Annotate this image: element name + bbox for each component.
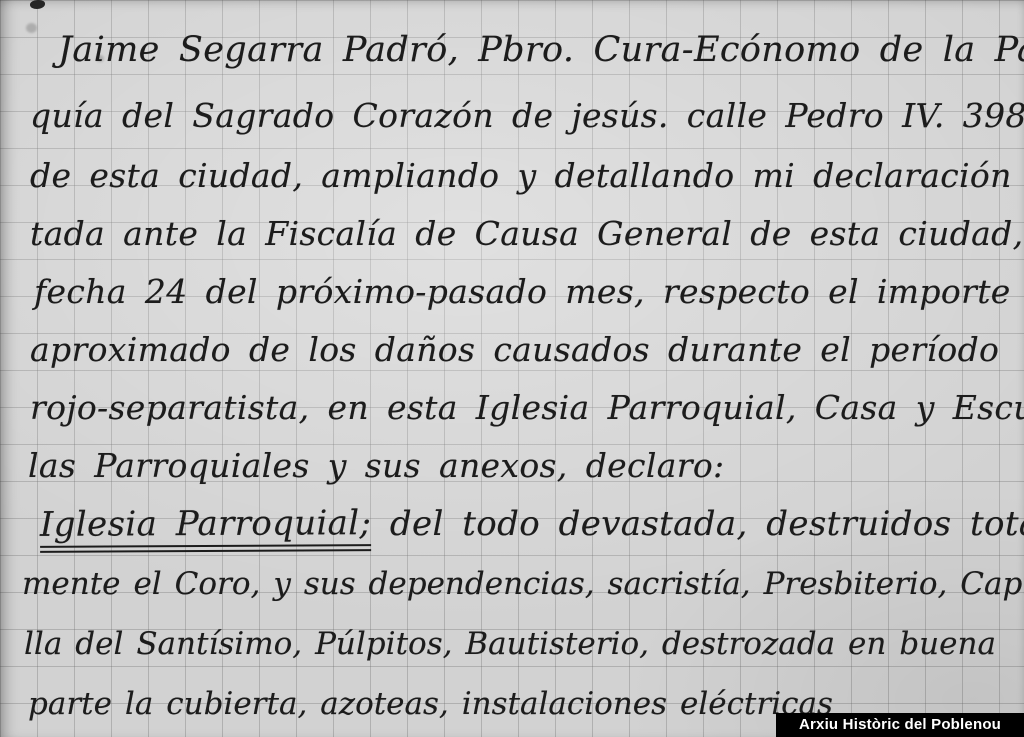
- section-heading-iglesia-parroquial: Iglesia Parroquial;: [40, 503, 372, 553]
- handwritten-line-12: parte la cubierta, azoteas, instalacione…: [28, 686, 833, 722]
- handwritten-line-9: Iglesia Parroquial; del todo devastada, …: [40, 504, 1024, 552]
- handwritten-line-3: de esta ciudad, ampliando y detallando m…: [30, 156, 1024, 195]
- scanned-document-page: Jaime Segarra Padró, Pbro. Cura-Ecónomo …: [0, 0, 1024, 737]
- handwritten-line-2: quía del Sagrado Corazón de jesús. calle…: [30, 96, 1024, 135]
- handwritten-line-7: rojo-separatista, en esta Iglesia Parroq…: [30, 388, 1024, 427]
- handwritten-line-1: Jaime Segarra Padró, Pbro. Cura-Ecónomo …: [58, 30, 1024, 70]
- archive-watermark-bar: Arxiu Històric del Poblenou: [776, 713, 1024, 737]
- handwritten-line-5: fecha 24 del próximo-pasado mes, respect…: [34, 272, 1024, 311]
- archive-watermark-label: Arxiu Històric del Poblenou: [799, 716, 1001, 733]
- ink-blot: [30, 0, 45, 9]
- ink-smudge: [26, 23, 37, 33]
- handwritten-line-10: mente el Coro, y sus dependencias, sacri…: [22, 566, 1024, 602]
- handwritten-line-4: tada ante la Fiscalía de Causa General d…: [30, 214, 1024, 253]
- handwritten-line-6: aproximado de los daños causados durante…: [30, 330, 999, 369]
- heading-continuation-text: del todo devastada, destruidos total.: [371, 504, 1024, 544]
- handwritten-line-11: lla del Santísimo, Púlpitos, Bautisterio…: [24, 626, 996, 662]
- handwritten-line-8: las Parroquiales y sus anexos, declaro:: [28, 446, 724, 485]
